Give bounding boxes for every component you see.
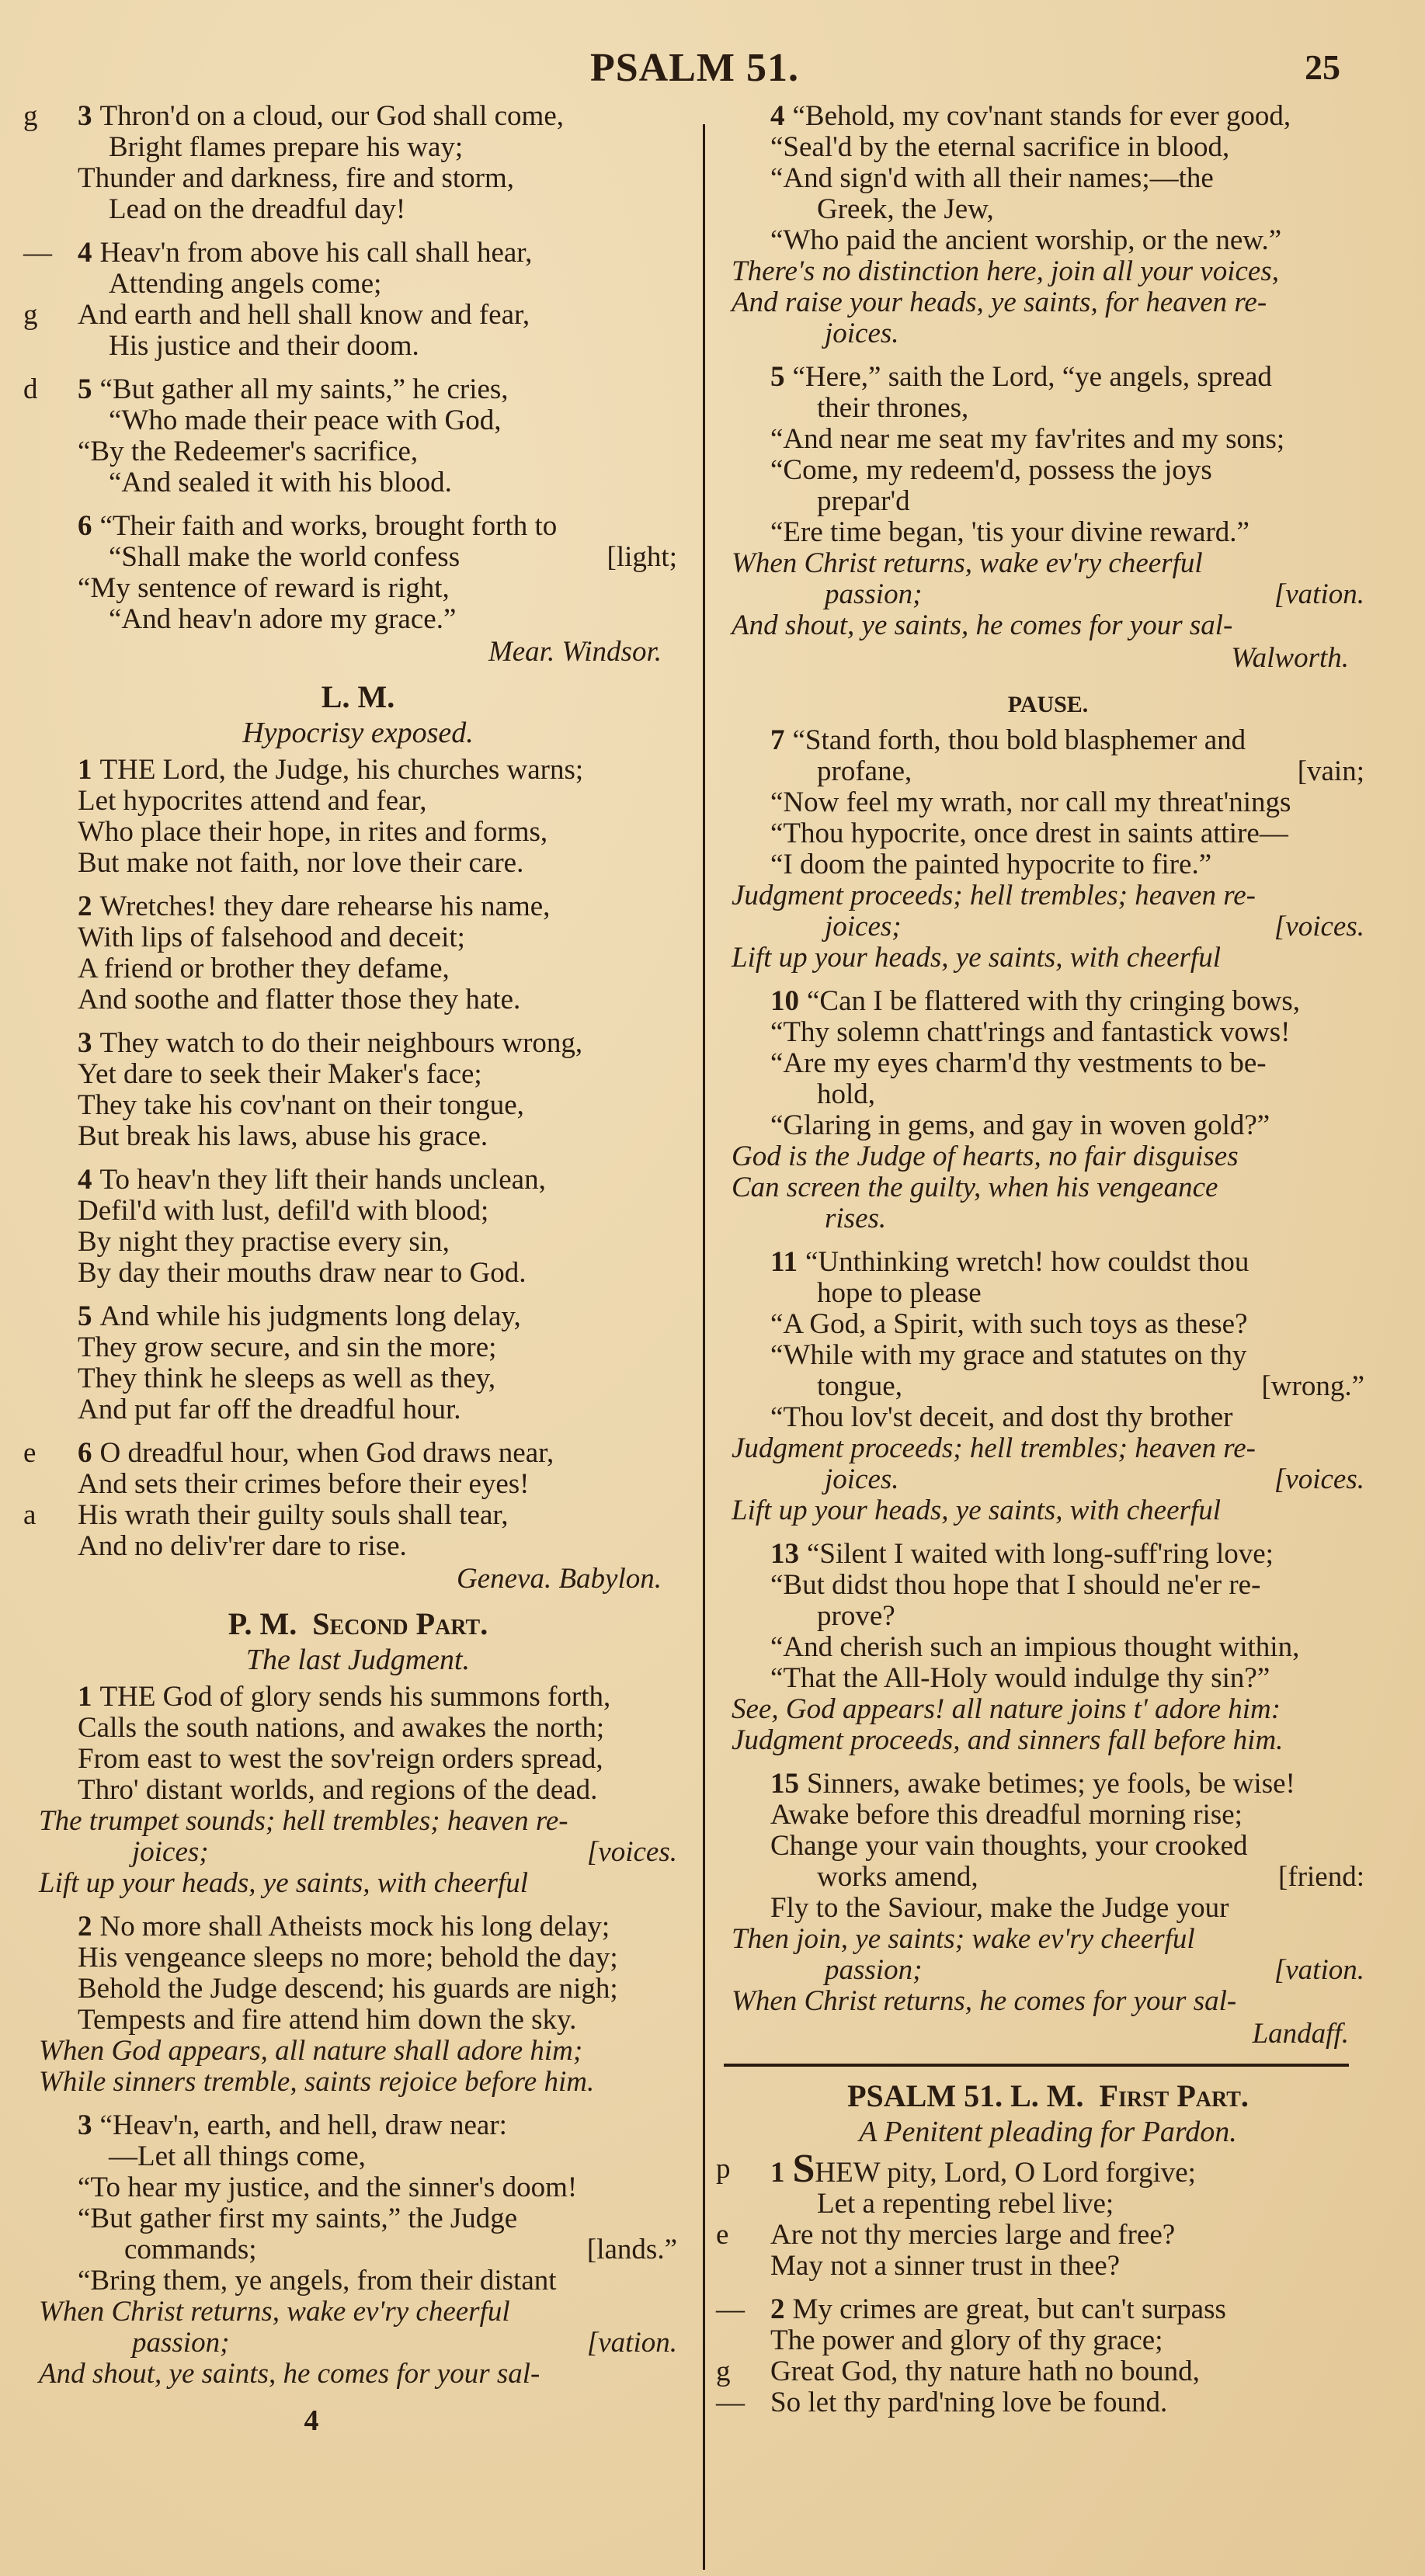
chorus-line: Then join, ye saints; wake ev'ry cheerfu… bbox=[716, 1924, 1380, 1955]
verse-line: “To hear my justice, and the sinner's do… bbox=[23, 2172, 693, 2203]
chorus-line: passion;[vation. bbox=[716, 579, 1380, 610]
text-span: Sinners, awake betimes; ye fools, be wis… bbox=[807, 1768, 1295, 1800]
bracketed-line-end: [friend: bbox=[1278, 1862, 1364, 1893]
stanza: e6O dreadful hour, when God draws near, … bbox=[23, 1438, 693, 1562]
verse-line: A friend or brother they defame, bbox=[23, 953, 693, 984]
verse-line: 15Sinners, awake betimes; ye fools, be w… bbox=[716, 1769, 1380, 1800]
verse-line: Change your vain thoughts, your crooked bbox=[716, 1831, 1380, 1862]
verse-line: hope to please bbox=[716, 1278, 1380, 1309]
psalm-subtitle: A Penitent pleading for Pardon. bbox=[716, 2116, 1380, 2147]
verse-line: 3They watch to do their neighbours wrong… bbox=[23, 1028, 693, 1059]
verse-line: “I doom the painted hypocrite to fire.” bbox=[716, 849, 1380, 880]
verse-line: “And sign'd with all their names;—the bbox=[716, 163, 1380, 194]
bracketed-line-end: [voices. bbox=[1274, 911, 1364, 943]
text-span: joices; bbox=[132, 1836, 209, 1868]
verse-line: hold, bbox=[716, 1079, 1380, 1110]
text-span: “But gather all my saints,” he cries, bbox=[100, 373, 509, 405]
verse-line: By night they practise every sin, bbox=[23, 1227, 693, 1258]
stanza: 2Wretches! they dare rehearse his name, … bbox=[23, 891, 693, 1015]
chorus-line: joices. bbox=[716, 318, 1380, 349]
stanza-5: d5“But gather all my saints,” he cries, … bbox=[23, 374, 693, 498]
verse-line: From east to west the sov'reign orders s… bbox=[23, 1744, 693, 1775]
text-span: “Unthinking wretch! how couldst thou bbox=[805, 1246, 1249, 1278]
verse-line: aHis wrath their guilty souls shall tear… bbox=[23, 1500, 693, 1531]
pause-heading: PAUSE. bbox=[716, 689, 1380, 720]
verse-line: And put far off the dreadful hour. bbox=[23, 1394, 693, 1425]
verse-line: And no deliv'rer dare to rise. bbox=[23, 1531, 693, 1562]
verse-line: The power and glory of thy grace; bbox=[716, 2325, 1380, 2356]
text-span: profane, bbox=[817, 755, 912, 787]
verse-line: Awake before this dreadful morning rise; bbox=[716, 1800, 1380, 1831]
verse-line: 6“Their faith and works, brought forth t… bbox=[23, 511, 693, 542]
chorus-line: When Christ returns, he comes for your s… bbox=[716, 1986, 1380, 2017]
dynamics-mark: g bbox=[23, 300, 47, 331]
stanza-number: 7 bbox=[770, 724, 785, 756]
chorus-line: joices;[voices. bbox=[716, 911, 1380, 943]
chorus-line: And raise your heads, ye saints, for hea… bbox=[716, 287, 1380, 318]
text-span: “Can I be flattered with thy cringing bo… bbox=[807, 985, 1300, 1017]
text-span: “Their faith and works, brought forth to bbox=[100, 510, 558, 542]
page-number: 25 bbox=[1305, 47, 1340, 88]
verse-line: His justice and their doom. bbox=[23, 331, 693, 362]
verse-line: —2My crimes are great, but can't surpass bbox=[716, 2294, 1380, 2325]
verse-line: 3“Heav'n, earth, and hell, draw near: bbox=[23, 2110, 693, 2141]
stanza-number: 4 bbox=[78, 237, 92, 269]
column-divider bbox=[703, 124, 705, 2570]
text-span: THE Lord, the Judge, his churches warns; bbox=[100, 754, 584, 786]
chorus-line: passion;[vation. bbox=[23, 2328, 693, 2359]
verse-line: profane,[vain; bbox=[716, 756, 1380, 787]
verse-line: They grow secure, and sin the more; bbox=[23, 1332, 693, 1363]
chorus-line: Lift up your heads, ye saints, with chee… bbox=[716, 1495, 1380, 1526]
text-span: Great God, thy nature hath no bound, bbox=[770, 2356, 1200, 2387]
verse-line: 5And while his judgments long delay, bbox=[23, 1301, 693, 1332]
text-span: HEW pity, Lord, O Lord forgive; bbox=[815, 2157, 1196, 2189]
text-span: passion; bbox=[825, 578, 922, 610]
chorus-line: And shout, ye saints, he comes for your … bbox=[23, 2359, 693, 2390]
verse-line: Greek, the Jew, bbox=[716, 194, 1380, 225]
verse-line: “Who paid the ancient worship, or the ne… bbox=[716, 225, 1380, 256]
chorus-line: When Christ returns, wake ev'ry cheerful bbox=[23, 2297, 693, 2328]
verse-line: 5“Here,” saith the Lord, “ye angels, spr… bbox=[716, 362, 1380, 393]
stanza: 5And while his judgments long delay, The… bbox=[23, 1301, 693, 1425]
stanza: 4To heav'n they lift their hands unclean… bbox=[23, 1165, 693, 1289]
text-span: “Heav'n, earth, and hell, draw near: bbox=[100, 2109, 507, 2141]
hymn-subtitle: The last Judgment. bbox=[23, 1644, 693, 1675]
stanza: 10“Can I be flattered with thy cringing … bbox=[716, 986, 1380, 1234]
verse-line: “A God, a Spirit, with such toys as thes… bbox=[716, 1309, 1380, 1340]
verse-line: Lead on the dreadful day! bbox=[23, 194, 693, 225]
stanza-number: 11 bbox=[770, 1246, 798, 1278]
stanza-number: 4 bbox=[78, 1164, 92, 1196]
dynamics-mark: a bbox=[23, 1500, 47, 1531]
tune-names: Geneva. Babylon. bbox=[23, 1564, 693, 1595]
chorus-line: Judgment proceeds; hell trembles; heaven… bbox=[716, 1433, 1380, 1464]
left-column: g3Thron'd on a cloud, our God shall come… bbox=[23, 101, 693, 2436]
bracketed-line-end: [vain; bbox=[1298, 756, 1364, 787]
chorus-line: When Christ returns, wake ev'ry cheerful bbox=[716, 548, 1380, 579]
verse-line: 10“Can I be flattered with thy cringing … bbox=[716, 986, 1380, 1017]
verse-line: Bright flames prepare his way; bbox=[23, 132, 693, 163]
verse-line: gGreat God, thy nature hath no bound, bbox=[716, 2356, 1380, 2387]
text-span: To heav'n they lift their hands unclean, bbox=[100, 1164, 546, 1196]
stanza-number: 3 bbox=[78, 1027, 92, 1059]
stanza-number: 6 bbox=[78, 1437, 92, 1469]
verse-line: Calls the south nations, and awakes the … bbox=[23, 1713, 693, 1744]
text-span: THE God of glory sends his summons forth… bbox=[100, 1681, 611, 1713]
text-span: Second Part. bbox=[312, 1606, 488, 1641]
dynamics-mark: e bbox=[23, 1438, 47, 1469]
verse-line: “Shall make the world confess[light; bbox=[23, 542, 693, 573]
verse-line: 1THE God of glory sends his summons fort… bbox=[23, 1682, 693, 1713]
bracketed-line-end: [wrong.” bbox=[1261, 1371, 1364, 1402]
stanza-number: 15 bbox=[770, 1768, 799, 1800]
stanza: 1THE Lord, the Judge, his churches warns… bbox=[23, 755, 693, 879]
stanza-number: 1 bbox=[770, 2157, 785, 2189]
verse-line: But break his laws, abuse his grace. bbox=[23, 1121, 693, 1152]
verse-line: “Seal'd by the eternal sacrifice in bloo… bbox=[716, 132, 1380, 163]
dynamics-mark: d bbox=[23, 374, 47, 405]
text-span: “Behold, my cov'nant stands for ever goo… bbox=[793, 100, 1291, 132]
verse-line: —Let all things come, bbox=[23, 2141, 693, 2172]
stanza: 3“Heav'n, earth, and hell, draw near: —L… bbox=[23, 2110, 693, 2390]
stanza: 5“Here,” saith the Lord, “ye angels, spr… bbox=[716, 362, 1380, 641]
verse-line: 1THE Lord, the Judge, his churches warns… bbox=[23, 755, 693, 786]
verse-line: And sets their crimes before their eyes! bbox=[23, 1469, 693, 1500]
verse-line: —4Heav'n from above his call shall hear, bbox=[23, 238, 693, 269]
dynamics-mark: — bbox=[716, 2294, 739, 2325]
verse-line: 4“Behold, my cov'nant stands for ever go… bbox=[716, 101, 1380, 132]
dynamics-mark: — bbox=[23, 238, 47, 269]
bracketed-line-end: [vation. bbox=[1274, 1955, 1364, 1986]
chorus-line: There's no distinction here, join all yo… bbox=[716, 256, 1380, 287]
stanza: 7“Stand forth, thou bold blasphemer and … bbox=[716, 725, 1380, 974]
verse-line: commands;[lands.” bbox=[23, 2234, 693, 2265]
verse-line: “My sentence of reward is right, bbox=[23, 573, 693, 604]
section-rule bbox=[724, 2064, 1349, 2067]
dynamics-mark: g bbox=[716, 2356, 739, 2387]
signature-mark: 4 bbox=[23, 2405, 693, 2436]
verse-line: prepar'd bbox=[716, 486, 1380, 517]
verse-line: gAnd earth and hell shall know and fear, bbox=[23, 300, 693, 331]
verse-line: —So let thy pard'ning love be found. bbox=[716, 2387, 1380, 2418]
stanza-number: 2 bbox=[78, 1911, 92, 1942]
verse-line: 2No more shall Atheists mock his long de… bbox=[23, 1911, 693, 1942]
verse-line: “Who made their peace with God, bbox=[23, 405, 693, 436]
text-span: Wretches! they dare rehearse his name, bbox=[100, 890, 551, 922]
bracketed-line-end: [voices. bbox=[587, 1837, 677, 1868]
verse-line: And soothe and flatter those they hate. bbox=[23, 984, 693, 1015]
text-span: Are not thy mercies large and free? bbox=[770, 2219, 1175, 2251]
verse-line: 4To heav'n they lift their hands unclean… bbox=[23, 1165, 693, 1196]
stanza: 3They watch to do their neighbours wrong… bbox=[23, 1028, 693, 1152]
chorus-line: Lift up your heads, ye saints, with chee… bbox=[23, 1868, 693, 1899]
bracketed-line-end: [lands.” bbox=[587, 2234, 677, 2265]
stanza-3: g3Thron'd on a cloud, our God shall come… bbox=[23, 101, 693, 225]
verse-line: works amend,[friend: bbox=[716, 1862, 1380, 1893]
verse-line: Let hypocrites attend and fear, bbox=[23, 786, 693, 817]
chorus-line: Judgment proceeds, and sinners fall befo… bbox=[716, 1725, 1380, 1756]
tune-name: Walworth. bbox=[716, 643, 1380, 674]
stanza-number: 10 bbox=[770, 985, 799, 1017]
stanza-number: 5 bbox=[770, 361, 785, 393]
text-span: So let thy pard'ning love be found. bbox=[770, 2387, 1167, 2418]
verse-line: His vengeance sleeps no more; behold the… bbox=[23, 1942, 693, 1974]
text-span: “Shall make the world confess bbox=[109, 541, 460, 573]
verse-line: “By the Redeemer's sacrifice, bbox=[23, 436, 693, 467]
running-title: PSALM 51. bbox=[590, 45, 799, 91]
dynamics-mark: g bbox=[23, 101, 47, 132]
verse-line: They think he sleeps as well as they, bbox=[23, 1363, 693, 1394]
verse-line: “But gather first my saints,” the Judge bbox=[23, 2203, 693, 2234]
verse-line: “Thy solemn chatt'rings and fantastick v… bbox=[716, 1017, 1380, 1048]
verse-line: But make not faith, nor love their care. bbox=[23, 848, 693, 879]
stanza: —2My crimes are great, but can't surpass… bbox=[716, 2294, 1380, 2418]
verse-line: d5“But gather all my saints,” he cries, bbox=[23, 374, 693, 405]
verse-line: “But didst thou hope that I should ne'er… bbox=[716, 1570, 1380, 1601]
verse-line: eAre not thy mercies large and free? bbox=[716, 2220, 1380, 2251]
stanza: 15Sinners, awake betimes; ye fools, be w… bbox=[716, 1769, 1380, 2017]
text-span: Thron'd on a cloud, our God shall come, bbox=[100, 100, 565, 132]
stanza-number: 1 bbox=[78, 1681, 92, 1713]
verse-line: “And sealed it with his blood. bbox=[23, 467, 693, 498]
text-span: Heav'n from above his call shall hear, bbox=[100, 237, 533, 269]
stanza: 11“Unthinking wretch! how couldst thou h… bbox=[716, 1247, 1380, 1526]
bracketed-line-end: [light; bbox=[607, 542, 677, 573]
bracketed-line-end: [vation. bbox=[587, 2328, 677, 2359]
verse-line: “And cherish such an impious thought wit… bbox=[716, 1632, 1380, 1663]
tune-name: Landaff. bbox=[716, 2019, 1380, 2050]
stanza-number: 13 bbox=[770, 1538, 799, 1570]
chorus-line: passion;[vation. bbox=[716, 1955, 1380, 1986]
verse-line: Yet dare to seek their Maker's face; bbox=[23, 1059, 693, 1090]
text-span: P. M. bbox=[228, 1606, 297, 1641]
chorus-line: See, God appears! all nature joins t' ad… bbox=[716, 1694, 1380, 1725]
bracketed-line-end: [vation. bbox=[1274, 579, 1364, 610]
verse-line: “That the All-Holy would indulge thy sin… bbox=[716, 1663, 1380, 1694]
text-span: passion; bbox=[825, 1954, 922, 1986]
verse-line: With lips of falsehood and deceit; bbox=[23, 922, 693, 953]
stanza-6: 6“Their faith and works, brought forth t… bbox=[23, 511, 693, 635]
text-span: PSALM 51. L. M. bbox=[847, 2078, 1083, 2113]
verse-line: “Now feel my wrath, nor call my threat'n… bbox=[716, 787, 1380, 818]
verse-line: They take his cov'nant on their tongue, bbox=[23, 1090, 693, 1121]
stanza-number: 6 bbox=[78, 510, 92, 542]
chorus-line: The trumpet sounds; hell trembles; heave… bbox=[23, 1806, 693, 1837]
text-span: No more shall Atheists mock his long del… bbox=[100, 1911, 610, 1942]
text-span: passion; bbox=[132, 2327, 229, 2359]
verse-line: tongue,[wrong.” bbox=[716, 1371, 1380, 1402]
verse-line: Tempests and fire attend him down the sk… bbox=[23, 2005, 693, 2036]
chorus-line: God is the Judge of hearts, no fair disg… bbox=[716, 1141, 1380, 1172]
verse-line: “While with my grace and statutes on thy bbox=[716, 1340, 1380, 1371]
verse-line: “And heav'n adore my grace.” bbox=[23, 604, 693, 635]
chorus-line: When God appears, all nature shall adore… bbox=[23, 2036, 693, 2067]
psalm-heading: PSALM 51. L. M. First Part. bbox=[716, 2081, 1380, 2112]
verse-line: Fly to the Saviour, make the Judge your bbox=[716, 1893, 1380, 1924]
verse-line: g3Thron'd on a cloud, our God shall come… bbox=[23, 101, 693, 132]
verse-line: “Thou lov'st deceit, and dost thy brothe… bbox=[716, 1402, 1380, 1433]
chorus-line: joices.[voices. bbox=[716, 1464, 1380, 1495]
verse-line: Thro' distant worlds, and regions of the… bbox=[23, 1775, 693, 1806]
stanza-number: 2 bbox=[78, 890, 92, 922]
text-span: They watch to do their neighbours wrong, bbox=[100, 1027, 583, 1059]
verse-line: their thrones, bbox=[716, 393, 1380, 424]
verse-line: e6O dreadful hour, when God draws near, bbox=[23, 1438, 693, 1469]
text-span: “Stand forth, thou bold blasphemer and bbox=[793, 724, 1246, 756]
verse-line: “Are my eyes charm'd thy vestments to be… bbox=[716, 1048, 1380, 1079]
bracketed-line-end: [voices. bbox=[1274, 1464, 1364, 1495]
verse-line: 2Wretches! they dare rehearse his name, bbox=[23, 891, 693, 922]
stanza-number: 3 bbox=[78, 2109, 92, 2141]
verse-line: Defil'd with lust, defil'd with blood; bbox=[23, 1196, 693, 1227]
text-span: “Here,” saith the Lord, “ye angels, spre… bbox=[793, 361, 1272, 393]
right-column: 4“Behold, my cov'nant stands for ever go… bbox=[716, 101, 1380, 2431]
verse-line: p1SHEW pity, Lord, O Lord forgive; bbox=[716, 2154, 1380, 2189]
text-span: His wrath their guilty souls shall tear, bbox=[78, 1499, 508, 1531]
chorus-line: Can screen the guilty, when his vengeanc… bbox=[716, 1172, 1380, 1203]
chorus-line: joices;[voices. bbox=[23, 1837, 693, 1868]
verse-line: 7“Stand forth, thou bold blasphemer and bbox=[716, 725, 1380, 756]
chorus-line: rises. bbox=[716, 1203, 1380, 1234]
chorus-line: Judgment proceeds; hell trembles; heaven… bbox=[716, 880, 1380, 911]
chorus-line: And shout, ye saints, he comes for your … bbox=[716, 610, 1380, 641]
dynamics-mark: — bbox=[716, 2387, 739, 2418]
hymn-subtitle: Hypocrisy exposed. bbox=[23, 717, 693, 748]
text-span: First Part. bbox=[1100, 2078, 1249, 2113]
chorus-line: Lift up your heads, ye saints, with chee… bbox=[716, 943, 1380, 974]
stanza: p1SHEW pity, Lord, O Lord forgive; Let a… bbox=[716, 2154, 1380, 2282]
text-span: works amend, bbox=[817, 1861, 978, 1893]
chorus-line: While sinners tremble, saints rejoice be… bbox=[23, 2067, 693, 2098]
verse-line: Let a repenting rebel live; bbox=[716, 2189, 1380, 2220]
verse-line: 13“Silent I waited with long-suff'ring l… bbox=[716, 1539, 1380, 1570]
stanza-number: 2 bbox=[770, 2293, 785, 2325]
verse-line: By day their mouths draw near to God. bbox=[23, 1258, 693, 1289]
stanza-number: 1 bbox=[78, 754, 92, 786]
stanza-number: 4 bbox=[770, 100, 785, 132]
verse-line: May not a sinner trust in thee? bbox=[716, 2251, 1380, 2282]
stanza-4: —4Heav'n from above his call shall hear,… bbox=[23, 238, 693, 362]
text-span: joices; bbox=[825, 911, 902, 943]
hymn-meter: P. M. Second Part. bbox=[23, 1609, 693, 1640]
text-span: My crimes are great, but can't surpass bbox=[793, 2293, 1226, 2325]
verse-line: “Bring them, ye angels, from their dista… bbox=[23, 2265, 693, 2297]
text-span: “Silent I waited with long-suff'ring lov… bbox=[807, 1538, 1274, 1570]
dynamics-mark: p bbox=[716, 2154, 739, 2185]
verse-line: “Ere time began, 'tis your divine reward… bbox=[716, 517, 1380, 548]
verse-line: Thunder and darkness, fire and storm, bbox=[23, 163, 693, 194]
verse-line: “Glaring in gems, and gay in woven gold?… bbox=[716, 1110, 1380, 1141]
drop-cap: S bbox=[793, 2147, 815, 2191]
text-span: commands; bbox=[124, 2234, 257, 2265]
verse-line: Who place their hope, in rites and forms… bbox=[23, 817, 693, 848]
stanza: 13“Silent I waited with long-suff'ring l… bbox=[716, 1539, 1380, 1756]
stanza-number: 5 bbox=[78, 1300, 92, 1332]
verse-line: 11“Unthinking wretch! how couldst thou bbox=[716, 1247, 1380, 1278]
stanza: 1THE God of glory sends his summons fort… bbox=[23, 1682, 693, 1899]
stanza-number: 5 bbox=[78, 373, 92, 405]
verse-line: “Thou hypocrite, once drest in saints at… bbox=[716, 818, 1380, 849]
dynamics-mark: e bbox=[716, 2220, 739, 2251]
text-span: And earth and hell shall know and fear, bbox=[78, 299, 530, 331]
stanza: 4“Behold, my cov'nant stands for ever go… bbox=[716, 101, 1380, 349]
text-span: And while his judgments long delay, bbox=[100, 1300, 521, 1332]
text-span: tongue, bbox=[817, 1370, 902, 1402]
text-span: joices. bbox=[825, 1463, 899, 1495]
page-header: PSALM 51. 25 bbox=[0, 45, 1425, 99]
tune-names: Mear. Windsor. bbox=[23, 637, 693, 668]
verse-line: Attending angels come; bbox=[23, 269, 693, 300]
verse-line: Behold the Judge descend; his guards are… bbox=[23, 1974, 693, 2005]
verse-line: “Come, my redeem'd, possess the joys bbox=[716, 455, 1380, 486]
verse-line: “And near me seat my fav'rites and my so… bbox=[716, 424, 1380, 455]
stanza-number: 3 bbox=[78, 100, 92, 132]
hymn-meter: L. M. bbox=[23, 682, 693, 713]
stanza: 2No more shall Atheists mock his long de… bbox=[23, 1911, 693, 2098]
verse-line: prove? bbox=[716, 1601, 1380, 1632]
text-span: O dreadful hour, when God draws near, bbox=[100, 1437, 554, 1469]
